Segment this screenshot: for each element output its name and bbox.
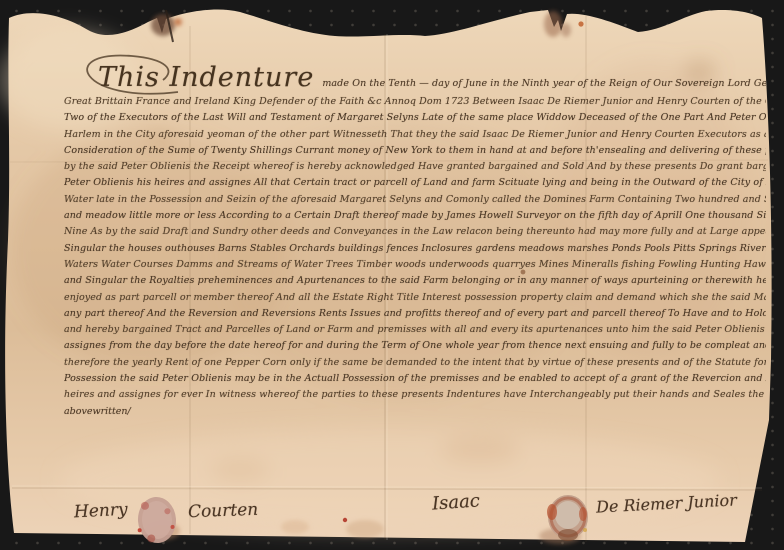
manuscript-line: Waters Water Courses Damms and Streams o… bbox=[64, 257, 766, 273]
manuscript-line: and hereby bargained Tract and Parcelles… bbox=[64, 322, 766, 338]
manuscript-line: Singular the houses outhouses Barns Stab… bbox=[64, 241, 766, 257]
manuscript-line: Possession the said Peter Oblienis may b… bbox=[64, 371, 766, 387]
manuscript-line: Peter Oblienis his heires and assignes A… bbox=[64, 175, 766, 191]
signature-courten-last-name: Courten bbox=[188, 500, 259, 522]
opening-words: This Indenture bbox=[98, 62, 314, 93]
manuscript-line: and meadow little more or less According… bbox=[64, 208, 766, 224]
manuscript-line: Great Brittain France and Ireland King D… bbox=[64, 94, 766, 110]
manuscript-line: and Singular the Royalties preheminences… bbox=[64, 273, 766, 289]
manuscript-line: enjoyed as part parcell or member thereo… bbox=[64, 290, 766, 306]
scanner-background: This Indenture made On the Tenth — day o… bbox=[0, 0, 784, 550]
opening-line-rest: made On the Tenth — day of June in the N… bbox=[322, 78, 766, 89]
manuscript-line: assignes from the day before the date he… bbox=[64, 338, 766, 354]
manuscript-line: Consideration of the Sume of Twenty Shil… bbox=[64, 143, 766, 159]
red-ink-speck bbox=[343, 518, 347, 522]
signature-isaac-first-name: Isaac bbox=[431, 490, 480, 514]
manuscript-line: Two of the Executors of the Last Will an… bbox=[64, 110, 766, 126]
manuscript-line: by the said Peter Oblienis the Receipt w… bbox=[64, 159, 766, 175]
manuscript-line: any part thereof And the Reversion and R… bbox=[64, 306, 766, 322]
signature-henry-first-name: Henry bbox=[74, 500, 129, 523]
manuscript-line: Harlem in the City aforesaid yeoman of t… bbox=[64, 127, 766, 143]
manuscript-lines: Great Brittain France and Ireland King D… bbox=[64, 94, 766, 404]
manuscript-body: This Indenture made On the Tenth — day o… bbox=[64, 62, 766, 420]
manuscript-line: therefore the yearly Rent of one Pepper … bbox=[64, 355, 766, 371]
manuscript-line: Water late in the Possession and Seizin … bbox=[64, 192, 766, 208]
manuscript-line: Nine As by the said Draft and Sundry oth… bbox=[64, 224, 766, 240]
manuscript-line: heires and assignes for ever In witness … bbox=[64, 387, 766, 403]
closing-line: abovewritten/ bbox=[64, 404, 766, 420]
manuscript-opening-line: This Indenture made On the Tenth — day o… bbox=[64, 62, 766, 94]
